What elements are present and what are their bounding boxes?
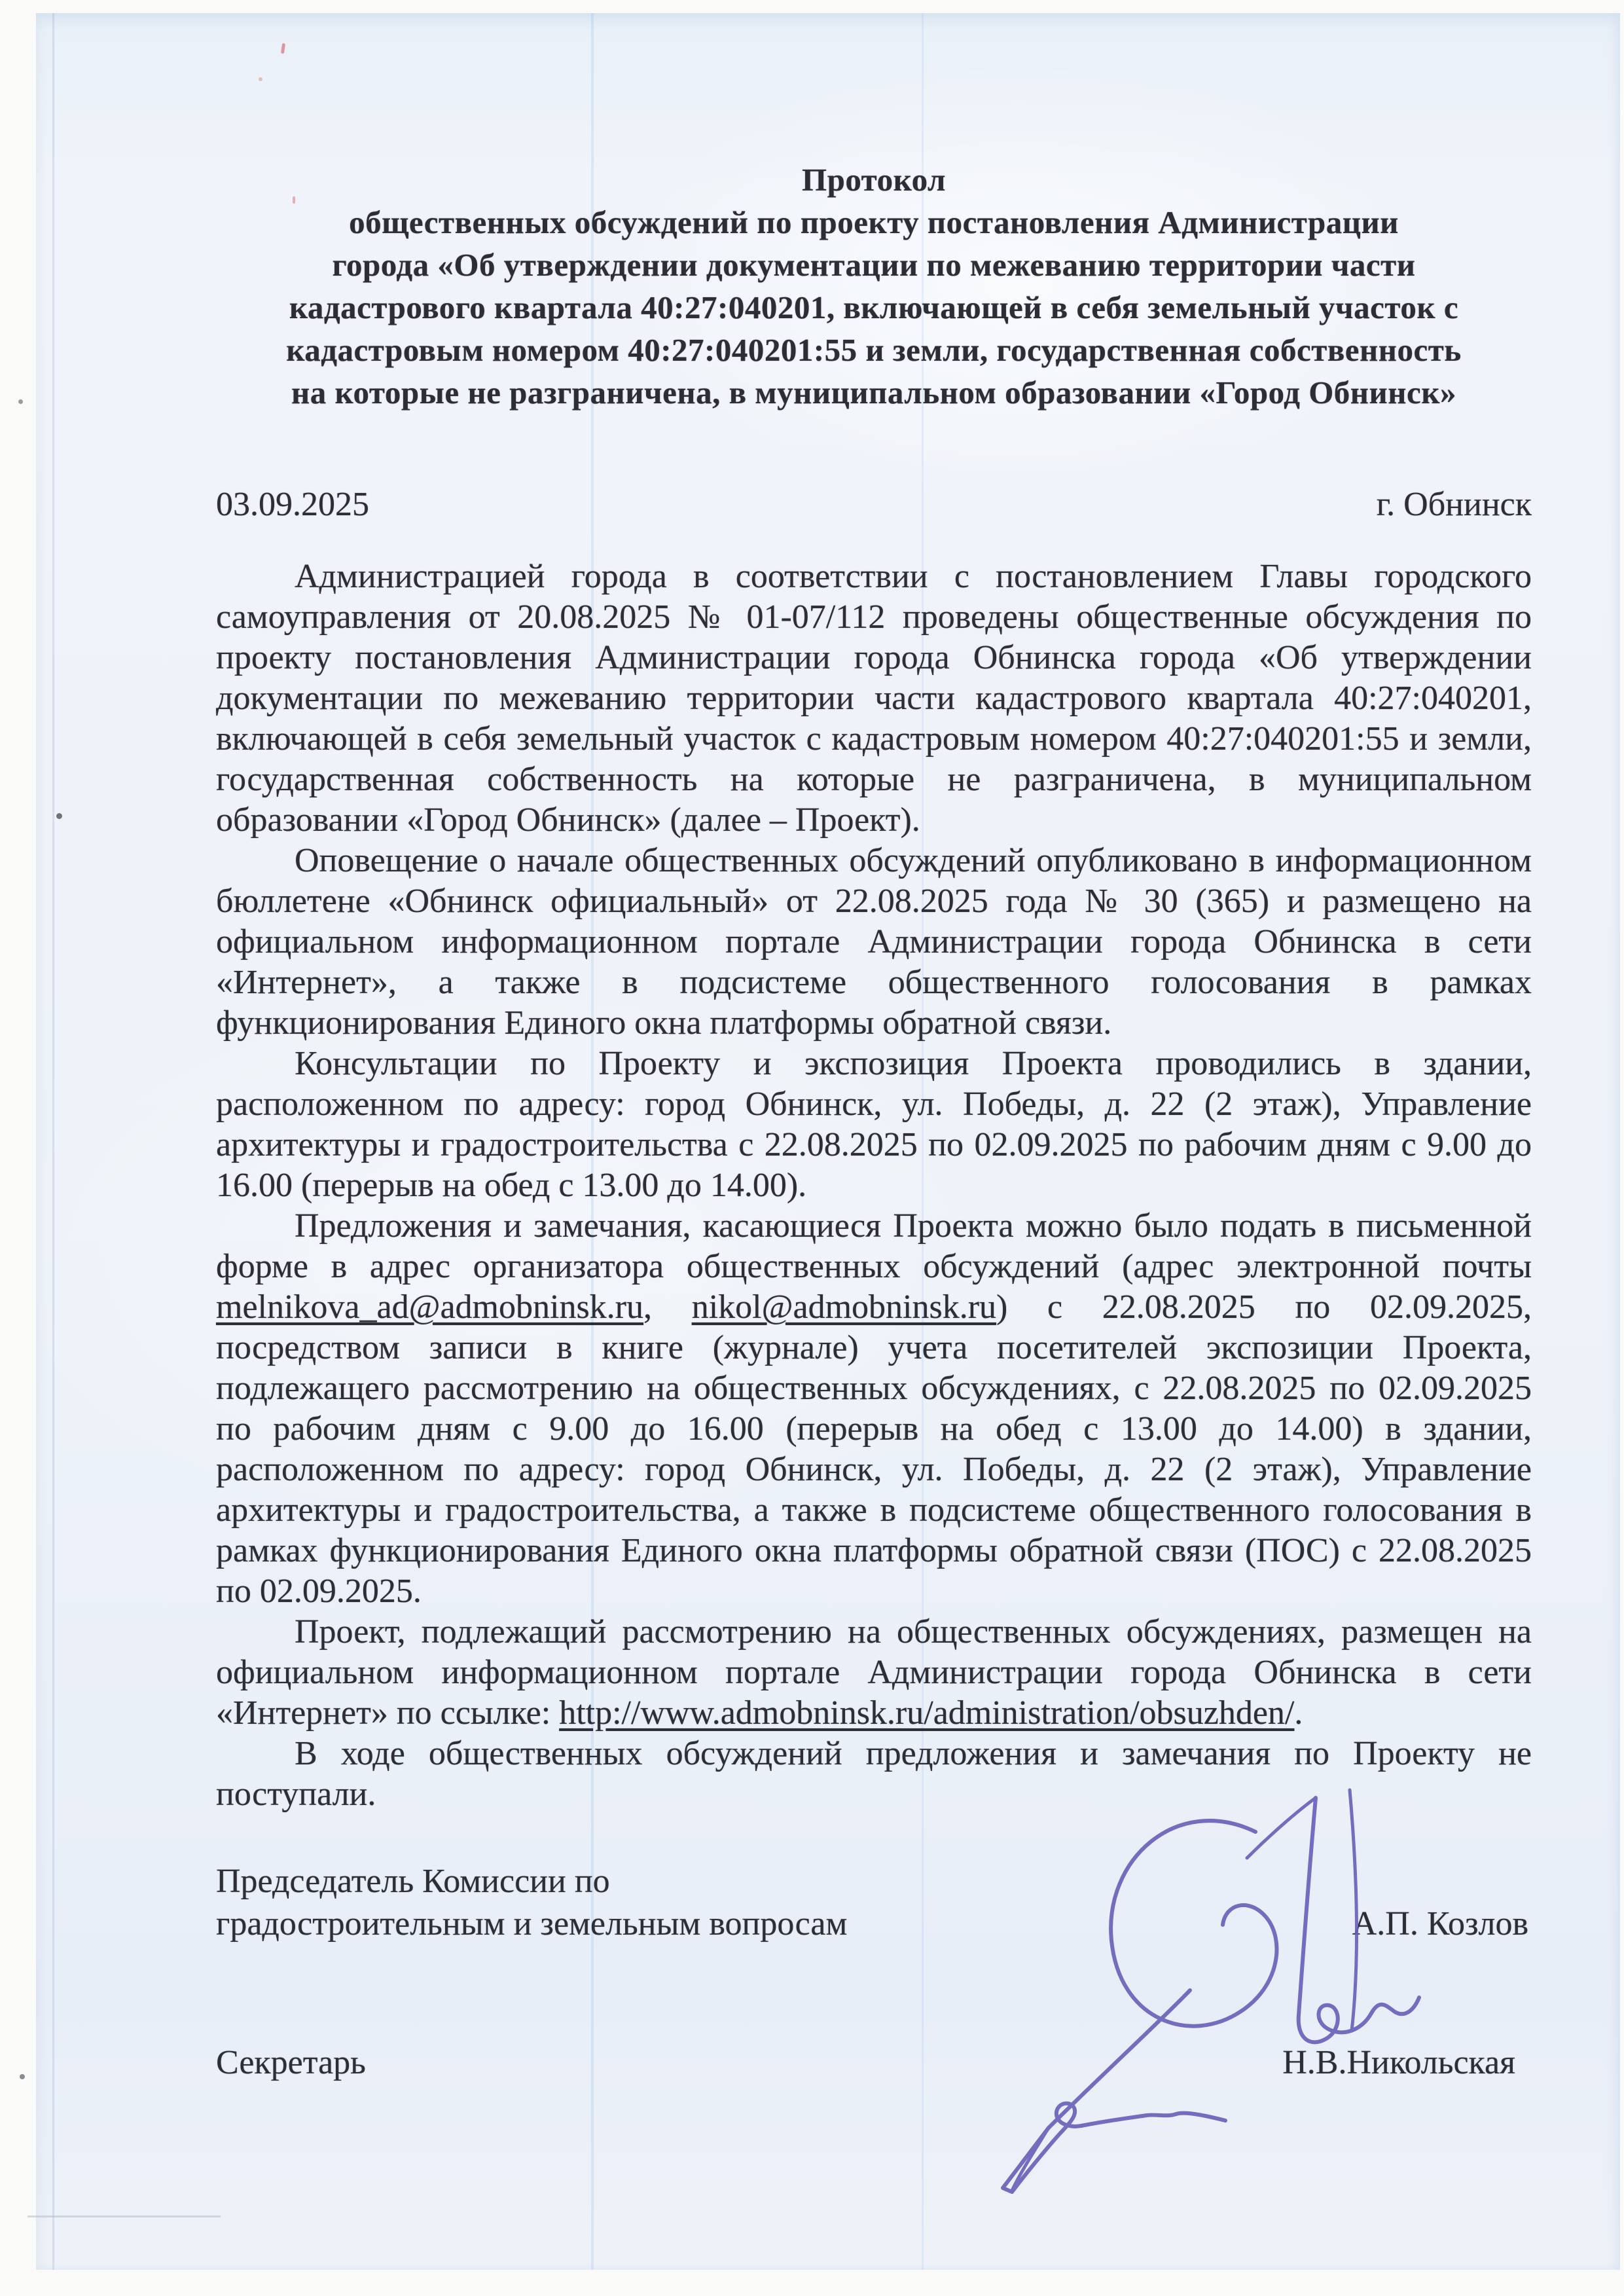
paragraph-3: Консультации по Проекту и экспозиция Про…: [216, 1044, 1532, 1206]
secretary-signature: [1003, 1990, 1225, 2192]
document-body: Администрацией города в соответствии с п…: [216, 556, 1532, 1815]
paragraph-2: Оповещение о начале общественных обсужде…: [216, 841, 1532, 1044]
title-line-3: кадастрового квартала 40:27:040201, вклю…: [216, 286, 1532, 329]
chairman-signature: [1111, 1790, 1419, 2042]
document-city: г. Обнинск: [1377, 484, 1532, 525]
paragraph-1: Администрацией города в соответствии с п…: [216, 556, 1532, 841]
chairman-role-line-2: градостроительным и земельным вопросам: [216, 1904, 847, 1944]
email-link-melnikova: melnikova_ad@admobninsk.ru: [216, 1288, 643, 1326]
secretary-role: Секретарь: [216, 2043, 366, 2083]
title-line-4: кадастровым номером 40:27:040201:55 и зе…: [216, 329, 1532, 371]
email-link-nikol: nikol@admobninsk.ru: [692, 1288, 996, 1326]
paragraph-4-text-before: Предложения и замечания, касающиеся Прое…: [216, 1207, 1532, 1285]
project-url-link: http://www.admobninsk.ru/administration/…: [559, 1694, 1294, 1732]
document-title: Протокол: [216, 158, 1532, 201]
scanned-document-page: Протокол общественных обсуждений по прое…: [0, 0, 1624, 2296]
chairman-role-line-1: Председатель Комиссии по: [216, 1861, 610, 1902]
date-row: 03.09.2025 г. Обнинск: [216, 484, 1532, 525]
document-date: 03.09.2025: [216, 484, 369, 525]
title-line-2: города «Об утверждении документации по м…: [216, 244, 1532, 286]
paragraph-4-separator: ,: [643, 1288, 692, 1326]
paragraph-4-text-after: ) с 22.08.2025 по 02.09.2025, посредство…: [216, 1288, 1532, 1610]
title-line-5: на которые не разграничена, в муниципаль…: [216, 371, 1532, 414]
signatures-ink: [949, 1779, 1434, 2212]
title-line-1: общественных обсуждений по проекту поста…: [216, 201, 1532, 244]
paragraph-5-text-after: .: [1294, 1694, 1303, 1732]
paragraph-5: Проект, подлежащий рассмотрению на общес…: [216, 1612, 1532, 1734]
document-title-block: Протокол общественных обсуждений по прое…: [216, 158, 1532, 414]
paragraph-4: Предложения и замечания, касающиеся Прое…: [216, 1206, 1532, 1612]
